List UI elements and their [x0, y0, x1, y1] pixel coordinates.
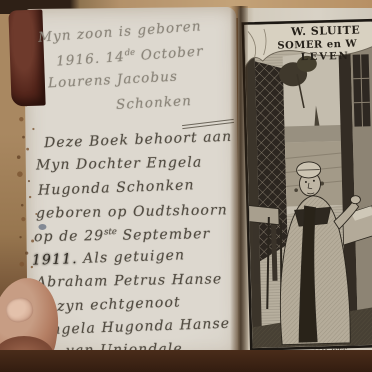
inscription-line: 1911. Als getuigen [32, 247, 186, 268]
inscription-line: Myn Dochter Engela [36, 155, 203, 174]
engraved-frontispiece: W. SLUITE SOMER en W LEVEN te Amsterdam … [238, 8, 372, 360]
inscription-line: Myn zoon is geboren [38, 18, 202, 45]
book-gutter-shadow [230, 6, 248, 362]
hand [350, 196, 360, 204]
inscription-line: op de 29ste September [34, 225, 211, 245]
inscription-line: geboren op Oudtshoorn [36, 202, 228, 221]
inscription-line: Engela Hugonda Hanse [40, 316, 231, 339]
table-wood-bottom [0, 350, 372, 372]
inscription-line: Deze Boek behoort aan [44, 129, 233, 152]
title-line-2: SOMER en W [277, 39, 357, 52]
inscription-line: Schonken [116, 93, 193, 113]
inscription-line: Hugonda Schonken [38, 177, 195, 198]
title-line-3: LEVEN [301, 51, 350, 63]
inscription-line: Abraham Petrus Hanse [36, 271, 223, 290]
title-line-1: W. SLUITE [290, 24, 361, 39]
inscription-line: 1916. 14de October [56, 43, 205, 70]
inscription-line: Lourens Jacobus [48, 69, 179, 92]
right-page-title: W. SLUITE SOMER en W LEVEN te Amsterdam … [238, 8, 372, 360]
